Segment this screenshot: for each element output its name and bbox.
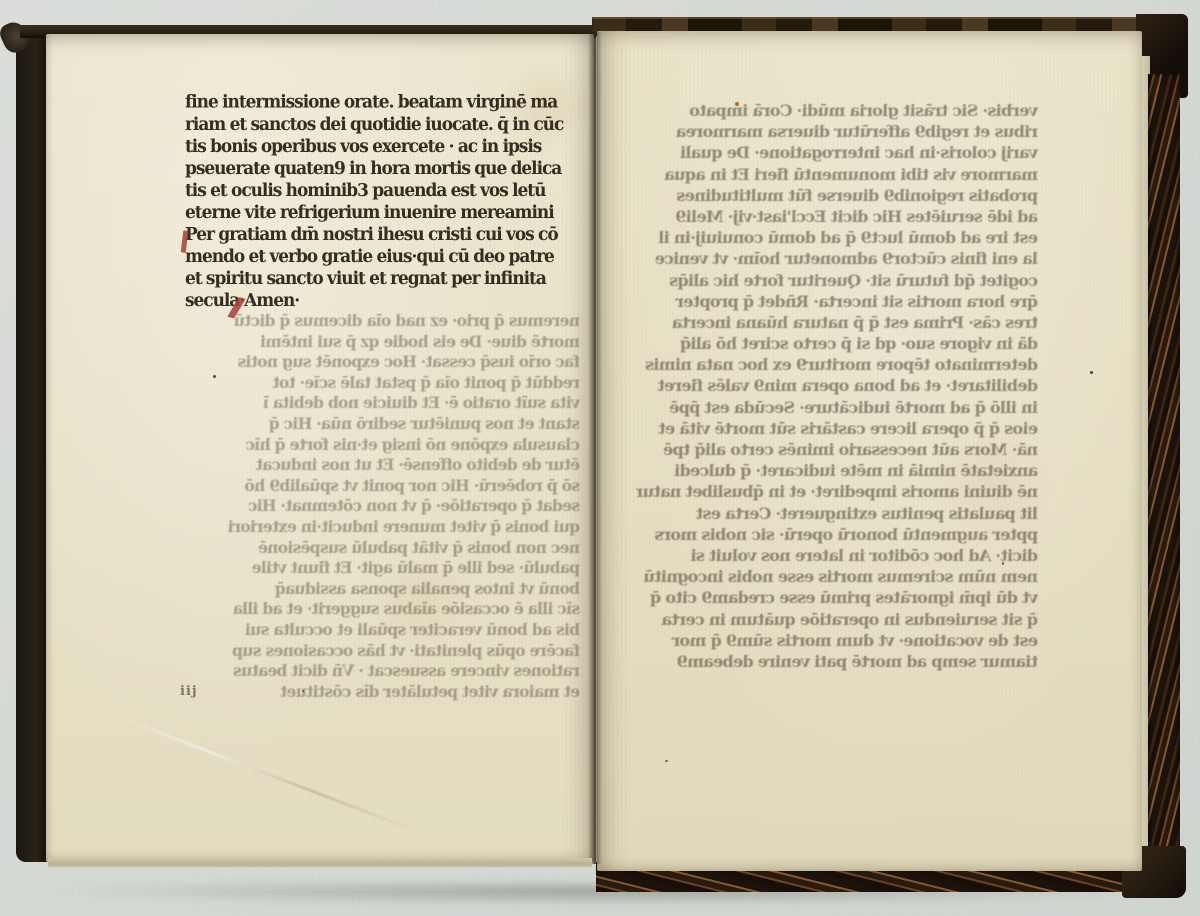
printed-text-line: riam et sanctos dei quotidie iuocate. q̄…	[185, 114, 581, 136]
showthrough-text-left-page: neremus q̄ prio· ez nad oīa dicemus q̄ d…	[158, 311, 580, 702]
showthrough-line: et maiora vitet petulāter dīs cōstituet	[158, 682, 580, 703]
showthrough-line: cogitet q̄d futurū sit· Queritur forte h…	[636, 270, 1038, 291]
printed-text-line: secula·Amen·	[185, 290, 581, 312]
showthrough-line: sedat q̄ operatiōe· q̄ vt non cōtemnat· …	[158, 496, 580, 517]
printed-text-line: fine intermissione orate. beatam virginē…	[185, 92, 581, 114]
showthrough-line: bonū vt intos penalia sponsa assiduaq̄	[158, 579, 580, 600]
showthrough-line: in illō q̄ ad mortē iudicāture· Secūda e…	[636, 397, 1038, 418]
showthrough-line: nec non bonis q̄ vitāt pabulū suspēsionē	[158, 538, 580, 559]
showthrough-line: ētur de debito offensē· Et ut nos induca…	[158, 455, 580, 476]
printed-text-line: mendo et verbo gratie eius·qui cū deo pa…	[185, 246, 581, 268]
showthrough-line: mortē diue· De eis hodie qz p̄ sui intēm…	[158, 332, 580, 353]
printed-text-line: et spiritu sancto viuit et regnat per in…	[185, 268, 581, 290]
paper-speck	[1090, 371, 1093, 374]
showthrough-line: ppter augmentū bonorū operū· sic nobis m…	[636, 524, 1038, 545]
showthrough-line: qui bonis q̄ vitet munere inducit·in ext…	[158, 517, 580, 538]
printed-text-line: tis bonis operibus vos exercete · ac in …	[185, 136, 581, 158]
printed-text-line: Per gratiam dm̄ nostri ihesu cristi cui …	[185, 224, 581, 246]
showthrough-line: nem nūm sciremus mortis esse nobis incog…	[636, 566, 1038, 587]
signature-mark: iij	[180, 684, 198, 699]
showthrough-line: facēre opūs plenitati· vt hās occasiones…	[158, 641, 580, 662]
showthrough-line: sīc illa ē occasiōe aīabus suggerit· et …	[158, 599, 580, 620]
showthrough-line: probatis regionib9 diuerse fūt multitudi…	[636, 185, 1038, 206]
printed-text-line: eterne vite refrigerium inuenire mereami…	[185, 202, 581, 224]
showthrough-line: determinato tēpore moritur9 ex hoc nata …	[636, 354, 1038, 375]
showthrough-line: ad idē seruiētes Hic dicit Eccl'iast·vij…	[636, 206, 1038, 227]
showthrough-line: anxietatē nimiā in mēte iudicaret· q̄ du…	[636, 460, 1038, 481]
showthrough-line: pabulū· sed ille q̄ malū agit· Et fiunt …	[158, 558, 580, 579]
showthrough-line: vt dū ipm̄ ignorātes primū esse credam9 …	[636, 587, 1038, 608]
showthrough-line: tiamur semp ad mortē pati venire debeam9	[636, 651, 1038, 672]
gutter-shadow	[588, 32, 602, 864]
showthrough-line: vita suīt oratio ē· Et diuicie nob debit…	[158, 393, 580, 414]
showthrough-line: clausula expōne nō insig et·nis forte q̄…	[158, 435, 580, 456]
showthrough-line: nā· Mors aūt necessario iminēs certo ali…	[636, 439, 1038, 460]
showthrough-line: marmore vis tibi monumentū fieri Et in a…	[636, 164, 1038, 185]
showthrough-line: stant et nos puniētur sedirō nūa· Hic q̄	[158, 414, 580, 435]
marbled-leather-right-edge	[1148, 74, 1180, 866]
showthrough-line: ribus et regib9 afferūtur diuersa marmor…	[636, 121, 1038, 142]
showthrough-line: verbis· Sic trāsit gloria mūdi· Corā imp…	[636, 100, 1038, 121]
showthrough-line: q̄re hora mortis sit incerta· Rn̄det q̄ …	[636, 291, 1038, 312]
showthrough-line: nē diuini amoris impediret· et in q̄busl…	[636, 481, 1038, 502]
printed-text-block: fine intermissione orate. beatam virginē…	[185, 92, 581, 313]
showthrough-line: reddūt q̄ ponit oīa q̄ pstat talē scīe· …	[158, 373, 580, 394]
showthrough-line: bis ad bonū veraciter spūali et occulta …	[158, 620, 580, 641]
showthrough-line: fac orīo iusq̄ cessat· Hoc exponēt sug n…	[158, 352, 580, 373]
showthrough-line: varij coloris·in hac interrogatione· De …	[636, 142, 1038, 163]
showthrough-line: debilitaret· et ad bona opera min9 valēs…	[636, 375, 1038, 396]
showthrough-line: dā in vigore suo· qd si p̄ certo sciret …	[636, 333, 1038, 354]
showthrough-line: est ire ad domū luct9 q̄ ad domū conuiui…	[636, 227, 1038, 248]
printed-text-line: tis et oculis hominib3 pauenda est vos l…	[185, 180, 581, 202]
showthrough-text-right-page: verbis· Sic trāsit gloria mūdi· Corā imp…	[636, 100, 1038, 672]
showthrough-line: lit paulatis penitus extingueret· Certa …	[636, 503, 1038, 524]
showthrough-line: la eni finis cūctor9 admonetur hoīm· vt …	[636, 248, 1038, 269]
showthrough-line: q̄ sit seruiendus in operatiōe quātum in…	[636, 609, 1038, 630]
photo-background: fine intermissione orate. beatam virginē…	[0, 0, 1200, 916]
paper-speck	[665, 760, 668, 762]
showthrough-line: rationes vincere assuescat · Vn̄ dicit b…	[158, 661, 580, 682]
showthrough-line: sō p̄ robēerū· Hic nor ponit vt spūalib9…	[158, 476, 580, 497]
showthrough-line: eios q̄ p̄ opera licere castāris sūt mor…	[636, 418, 1038, 439]
left-board-edge	[16, 26, 50, 862]
printed-text-line: pseuerate quaten9 in hora mortis que del…	[185, 158, 581, 180]
showthrough-line: est de vocatione· vt dum mortis sūm9 q̄ …	[636, 630, 1038, 651]
left-page-bottom-edge	[48, 858, 592, 867]
showthrough-line: tres cās· Prima est q̄ p̄ natura hūana i…	[636, 312, 1038, 333]
showthrough-line: neremus q̄ prio· ez nad oīa dicemus q̄ d…	[158, 311, 580, 332]
showthrough-line: dicit· Ad hoc cōditor in latere nos volu…	[636, 545, 1038, 566]
